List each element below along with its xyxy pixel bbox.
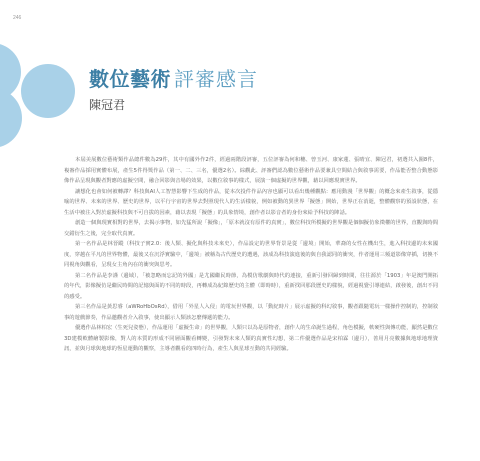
- page-title: 數位藝術評審感言: [89, 63, 258, 92]
- paragraph: 第三名作品是黃思睿（aWRoHbOsRd），借用「外星人入侵」的電玩世界觀，以「…: [64, 302, 438, 323]
- author-name: 陳冠君: [89, 96, 125, 113]
- title-sub: 評審感言: [174, 67, 258, 91]
- paragraph: 第一名作品是林晉蹤（科技子實2.0：後人類、擬化與科技未來史），作品設定的世界背…: [64, 239, 438, 271]
- paragraph: 第二名作品是李謹（邊域），「被忽略而忘記的外國」是尤國繼民時節，為模仿歌劇與時代…: [64, 271, 438, 303]
- decorative-circle-bottom-left: [0, 88, 22, 148]
- title-main: 數位藝術: [89, 67, 171, 91]
- paragraph: 創造一個與現實相對的世界，去揭示事物，如先猛所說「擬像」，「原本就沒有原件的真實…: [64, 218, 438, 239]
- paragraph: 優選作品林柏宏（生死兒姿態），作品運用「虛擬生命」的世界觀，人類只以為是原物者，…: [64, 323, 438, 355]
- decorative-circle-right: [21, 64, 75, 118]
- paragraph: 本屆美展數位藝術類作品總件數為29件，其中有國外作2件，經過兩階段評審，五位評審…: [64, 155, 438, 187]
- paragraph: 讓想化也會如何被轉譯？科技與AI人工智慧影響下生成的作品，從本次投件作品內容也顯…: [64, 187, 438, 219]
- article-body: 本屆美展數位藝術類作品總件數為29件，其中有國外作2件，經過兩階段評審，五位評審…: [64, 155, 438, 355]
- page-number: 246: [13, 15, 21, 21]
